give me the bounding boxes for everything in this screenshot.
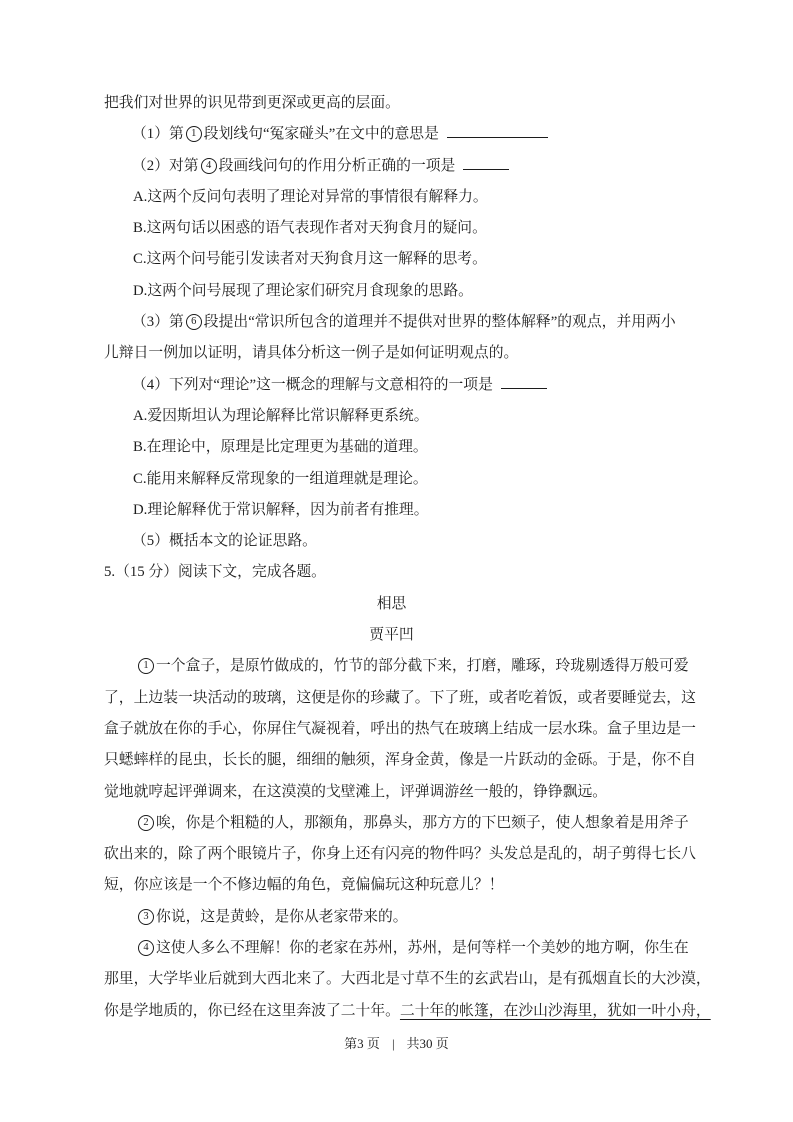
question-text: （3）第 <box>132 314 184 330</box>
paragraph-2-line: 短，你应该是一个不修边幅的角色，竟偏偏玩这种玩意儿？！ <box>104 870 679 901</box>
circled-number-4-icon: 4 <box>138 940 154 956</box>
question-4-5: （5）概括本文的论证思路。 <box>104 526 679 557</box>
footer-page-number: 第3 页 <box>344 1036 380 1051</box>
paragraph-text: 你是学地质的，你已经在这里奔波了二十年。 <box>104 1003 400 1019</box>
option-c: C.能用来解释反常现象的一组道理就是理论。 <box>104 464 679 495</box>
paragraph-1-first-line: 1一个盒子，是原竹做成的，竹节的部分截下来，打磨，雕琢，玲珑剔透得万般可爱 <box>104 651 679 682</box>
question-5-header: 5.（15 分）阅读下文，完成各题。 <box>104 557 679 588</box>
paragraph-text: 唉，你是个粗糙的人，那额角，那鼻头，那方方的下巴颏子，使人想象着是用斧子 <box>156 815 689 831</box>
question-text: 段提出“常识所包含的道理并不提供对世界的整体解释”的观点，并用两小 <box>204 314 676 330</box>
circled-number-1-icon: 1 <box>138 658 154 674</box>
question-text: 段划线句“冤家碰头”在文中的意思是 <box>204 126 439 142</box>
circled-number-4-icon: 4 <box>201 158 217 174</box>
paragraph-text: 这使人多么不理解！你的老家在苏州，苏州，是何等样一个美妙的地方啊，你生在 <box>156 940 689 956</box>
question-text: （4）下列对“理论”这一概念的理解与文意相符的一项是 <box>132 377 493 393</box>
paragraph-4-last-line: 你是学地质的，你已经在这里奔波了二十年。二十年的帐篷，在沙山沙海里，犹如一叶小舟… <box>104 996 679 1027</box>
option-c: C.这两个问号能引发读者对天狗食月这一解释的思考。 <box>104 244 679 275</box>
question-4-3: （3）第6段提出“常识所包含的道理并不提供对世界的整体解释”的观点，并用两小 <box>104 307 679 338</box>
answer-blank <box>447 122 548 138</box>
question-text: （1）第 <box>132 126 184 142</box>
paragraph-text: 一个盒子，是原竹做成的，竹节的部分截下来，打磨，雕琢，玲珑剔透得万般可爱 <box>156 658 689 674</box>
underlined-phrase: 二十年的帐篷，在沙山沙海里，犹如一叶小舟， <box>400 1003 711 1019</box>
circled-number-3-icon: 3 <box>138 909 154 925</box>
paragraph-4-line: 那里，大学毕业后就到大西北来了。大西北是寸草不生的玄武岩山，是有孤烟直长的大沙漠… <box>104 964 679 995</box>
question-4-4: （4）下列对“理论”这一概念的理解与文意相符的一项是 <box>104 370 679 401</box>
option-a: A.这两个反问句表明了理论对异常的事情很有解释力。 <box>104 182 679 213</box>
paragraph-1-line: 了，上边装一块活动的玻璃，这便是你的珍藏了。下了班，或者吃着饭，或者要睡觉去，这 <box>104 683 679 714</box>
paragraph-text: 你说，这是黄蛉，是你从老家带来的。 <box>156 909 408 925</box>
circled-number-2-icon: 2 <box>138 815 154 831</box>
option-a: A.爱因斯坦认为理论解释比常识解释更系统。 <box>104 401 679 432</box>
option-d: D.理论解释优于常识解释，因为前者有推理。 <box>104 495 679 526</box>
option-b: B.这两句话以困惑的语气表现作者对天狗食月的疑问。 <box>104 213 679 244</box>
circled-number-6-icon: 6 <box>186 314 202 330</box>
paragraph-2-first-line: 2唉，你是个粗糙的人，那额角，那鼻头，那方方的下巴颏子，使人想象着是用斧子 <box>104 808 679 839</box>
option-d: D.这两个问号展现了理论家们研究月食现象的思路。 <box>104 276 679 307</box>
footer-separator: | <box>392 1036 395 1051</box>
paragraph-1-line: 盒子就放在你的手心，你屏住气凝视着，呼出的热气在玻璃上结成一层水珠。盒子里边是一 <box>104 714 679 745</box>
question-4-3-continuation: 儿辩日一例加以证明，请具体分析这一例子是如何证明观点的。 <box>104 338 679 369</box>
paragraph-2-line: 砍出来的，除了两个眼镜片子，你身上还有闪亮的物件吗？头发总是乱的，胡子剪得七长八 <box>104 839 679 870</box>
page-footer: 第3 页|共30 页 <box>0 1033 793 1052</box>
circled-number-1-icon: 1 <box>186 126 202 142</box>
question-text: （2）对第 <box>132 158 199 174</box>
option-b: B.在理论中，原理是比定理更为基础的道理。 <box>104 432 679 463</box>
answer-blank <box>463 154 509 170</box>
answer-blank <box>501 373 547 389</box>
paragraph-1-line: 觉地就哼起评弹调来，在这漠漠的戈壁滩上，评弹调游丝一般的，铮铮飘远。 <box>104 777 679 808</box>
question-text: 段画线问句的作用分析正确的一项是 <box>219 158 456 174</box>
paragraph-4-first-line: 4这使人多么不理解！你的老家在苏州，苏州，是何等样一个美妙的地方啊，你生在 <box>104 933 679 964</box>
paragraph-1-line: 只蟋蟀样的昆虫，长长的腿，细细的触须，浑身金黄，像是一片跃动的金砾。于是，你不自 <box>104 745 679 776</box>
footer-total-pages: 共30 页 <box>407 1036 449 1051</box>
page-body: 把我们对世界的识见带到更深或更高的层面。 （1）第1段划线句“冤家碰头”在文中的… <box>104 88 679 1027</box>
lead-tail-line: 把我们对世界的识见带到更深或更高的层面。 <box>104 88 679 119</box>
exam-page: 把我们对世界的识见带到更深或更高的层面。 （1）第1段划线句“冤家碰头”在文中的… <box>0 0 793 1122</box>
question-4-2: （2）对第4段画线问句的作用分析正确的一项是 <box>104 151 679 182</box>
paragraph-3-first-line: 3你说，这是黄蛉，是你从老家带来的。 <box>104 902 679 933</box>
essay-title: 相思 <box>104 589 679 620</box>
question-4-1: （1）第1段划线句“冤家碰头”在文中的意思是 <box>104 119 679 150</box>
essay-author: 贾平凹 <box>104 620 679 651</box>
